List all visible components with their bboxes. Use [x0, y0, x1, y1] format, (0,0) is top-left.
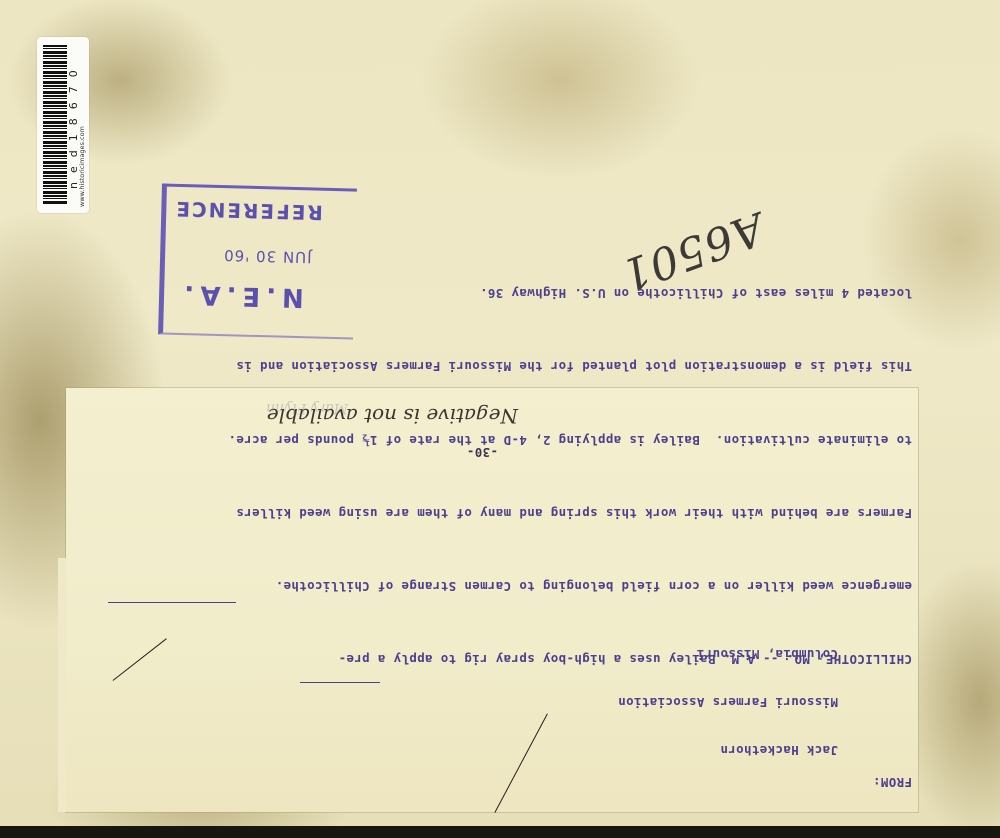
scan-bottom-edge — [0, 826, 1000, 838]
barcode-label: ned18670 www.historicimages.com — [37, 37, 89, 213]
faint-pencil-name: Mary Flynn — [266, 400, 348, 416]
from-label: FROM: — [873, 775, 912, 790]
caption-sheet: FROM: Jack Hackethorn Missouri Farmers A… — [66, 388, 918, 812]
caption-line: located 4 miles east of Chillicothe on U… — [228, 281, 912, 305]
caption-line: emergence weed killer on a corn field be… — [228, 574, 912, 598]
photo-back: ned18670 www.historicimages.com N.E.A. J… — [0, 0, 1000, 826]
caption-line: CHILLICOTHE, MO. -- A.M. Bailey uses a h… — [228, 647, 912, 671]
barcode-digits: ned18670 — [67, 45, 77, 205]
stamp-word: REFERENCE — [174, 197, 323, 225]
caption-body: CHILLICOTHE, MO. -- A.M. Bailey uses a h… — [228, 232, 912, 720]
page-number: -30- — [467, 445, 498, 460]
from-line: Jack Hackethorn — [618, 742, 838, 758]
caption-line: to eliminate cultivation. Bailey is appl… — [228, 427, 912, 451]
barcode-site-url: www.historicimages.com — [78, 97, 86, 207]
pen-underline — [108, 602, 236, 603]
caption-line: This field is a demonstration plot plant… — [228, 354, 912, 378]
caption-line: Farmers are behind with their work this … — [228, 500, 912, 524]
barcode-bars — [43, 45, 67, 205]
pen-underline — [300, 682, 380, 683]
